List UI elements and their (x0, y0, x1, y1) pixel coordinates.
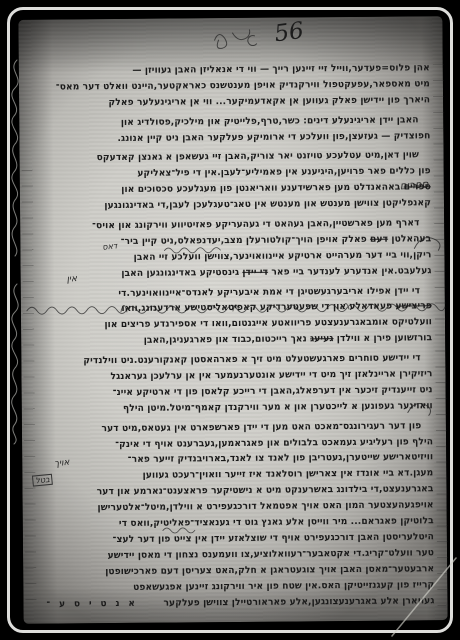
manuscript-page: 56 ספרים דאס אין אויך בטל אהן פלוס=פעדער… (18, 16, 447, 624)
paragraph: האבן יידן אריגינעלע דינים: כשר,טרף,פלייט… (42, 114, 430, 149)
typed-text-run: די יידישע סוחרים פארגעשטעלט מיט זיך א פא… (83, 353, 420, 367)
typed-text-run: בלוטיקן פאגראם... מיר ווייסן אלע גאנץ גו… (119, 515, 434, 529)
typed-text-run: באהאנדלט מען פארשידענע וואריאנטן פון מעג… (121, 182, 404, 195)
typed-text-run: בעהאלטן (388, 233, 431, 244)
struck-word: געיעג (310, 333, 334, 344)
typed-text-run: אויפגעהעצטער המון האט אויך אפטמאל דורכגע… (97, 499, 433, 513)
paragraph: דארף מען פארשטיין,האבן געהאט די געהעריקע… (43, 217, 432, 284)
typed-text-run: מיט מאספאר,עפעקטפול ווירקנדיק אויפן מענט… (56, 78, 430, 92)
typed-text-run: חפוצדיק — געזעצן,פון וועלכע די ארומיקע פ… (117, 130, 430, 144)
typed-text-run: וויזיטארישע שייטערן,געטריבן פון לאנד צו … (128, 452, 434, 466)
paragraph: אהן פלוס=פעדער,ווייל זיי זיינען רייך — ו… (42, 62, 430, 113)
struck-word: פריצישע (395, 301, 431, 312)
photo-background: 56 ספרים דאס אין אויך בטל אהן פלוס=פעדער… (0, 0, 460, 640)
typed-text-run: אהן פלוס=פעדער,ווייל זיי זיינען רייך — ו… (132, 62, 430, 76)
typed-text-run: שוין דאן,מיט עטלעכע טויזנט יאר צוריק,האב… (97, 150, 419, 164)
typed-text-run: ניט זייענדיק זיכער אין דערפאלג,האבן די ר… (113, 384, 433, 398)
typed-line: קאנפליקטן צווישן מענטש און מענטש אין טאג… (43, 197, 431, 216)
typed-text-run: פעאדאלע און די שפעטערדיקע קאפיטאליסטישע … (121, 301, 395, 314)
typed-text-run: ריקן,ווי ביי דער מערהייט ארטיקע איינוואו… (134, 249, 432, 263)
paragraph: פון דער רעגירונגס־מאכט האט מען די יידן פ… (45, 420, 435, 614)
page-number-handwritten: 56 (273, 18, 305, 48)
typed-line: געווארן אלע באגרענעצונגען,אלע פאראורטייל… (46, 595, 434, 614)
scratch-mark-icon (386, 550, 460, 640)
margin-handwriting-vertical-icon (1, 282, 31, 447)
typed-text-run: קאנפליקטן צווישן מענטש און מענטש אין טאג… (104, 197, 431, 211)
typed-text-run: פון כללים פאר פרויען,היגיענע אין פאמיליע… (137, 166, 430, 180)
typed-text-run: היטלעריסטן האבן דורכגעפירט אויף די שוצלא… (113, 531, 434, 545)
typed-text-run: דארף מען פארשטיין,האבן געהאט די געהעריקע… (92, 217, 419, 231)
typed-text-run: וועלטיקס אומבאגרענעצטע פריוואטע אייגנטום… (104, 317, 432, 331)
typed-text-run: היארך פון יידישן פאלק געווען אן אקאדעמיק… (108, 94, 430, 108)
catchword: א נ ט י ס ע ־ (46, 597, 137, 614)
typed-text-run: בורזשוען פירן א ווילדן (333, 333, 432, 345)
handwritten-scribble-icon (208, 27, 266, 50)
typed-text-run: גינסטיקע באדינגונגען האבן (121, 267, 242, 279)
typed-line: בורזשוען פירן א ווילדן געיעג נאך רייכטום… (44, 333, 432, 352)
typed-text-run: באגרענעצט,די בילדונג באשרענקט מיט א נישט… (97, 484, 434, 498)
typed-text-run: נאך רייכטום,כבוד און פארגעניגן,האבן (144, 334, 311, 346)
typed-text-run: ארבעטער־מאסן האבן אויך צוגעטראגן א חלק,ה… (105, 563, 434, 577)
margin-handwriting-vertical-icon (3, 58, 29, 263)
typed-text-run: ריזיקירן אריינלאזן זיך מיט די יידישע אונ… (110, 368, 432, 382)
struck-word: די יידן (242, 266, 268, 277)
typed-text-run: וואוינער געפונען א לייכטערן און א מער וו… (123, 400, 433, 414)
typed-text-run: הילף פון רעליגיע געמאכט בלבולים און פאגר… (115, 436, 433, 450)
paragraph: די יידן אפילו אריבערגעשטיגן די אמת איבער… (44, 285, 433, 352)
struck-word: ספרים (404, 182, 431, 193)
paragraph: שוין דאן,מיט עטלעכע טויזנט יאר צוריק,האב… (43, 150, 432, 217)
typed-line: חפוצדיק — געזעצן,פון וועלכע די ארומיקע פ… (42, 130, 430, 149)
typed-text-run: געלעבט.אין אנדערע לענדער ביי פאר (268, 265, 432, 277)
typed-text-run: פון דער רעגירונגס־מאכט האט מען די יידן פ… (101, 420, 421, 434)
typed-line: געלעבט.אין אנדערע לענדער ביי פאר די יידן… (44, 265, 432, 284)
typed-text: אהן פלוס=פעדער,ווייל זיי זיינען רייך — ו… (42, 62, 435, 618)
typed-text-run: מעגן.דא ביי אונדז אין צארישן רוסלאנד איז… (143, 468, 434, 482)
typed-line: וואוינער געפונען א לייכטערן און א מער וו… (45, 400, 433, 419)
paragraph: די יידישע סוחרים פארגעשטעלט מיט זיך א פא… (44, 352, 433, 419)
typed-text-run: פאלק אויפן הויך־קולטורעלן מצב,יעדנפאלס,נ… (121, 234, 370, 247)
struck-word: דעם (370, 234, 388, 245)
typed-text-run: האבן יידן אריגינעלע דינים: כשר,טרף,פלייט… (121, 114, 419, 128)
typed-line: היארך פון יידישן פאלק געווען אן אקאדעמיק… (42, 94, 430, 113)
typed-text-run: די יידן אפילו אריבערגעשטיגן די אמת איבער… (118, 285, 420, 299)
